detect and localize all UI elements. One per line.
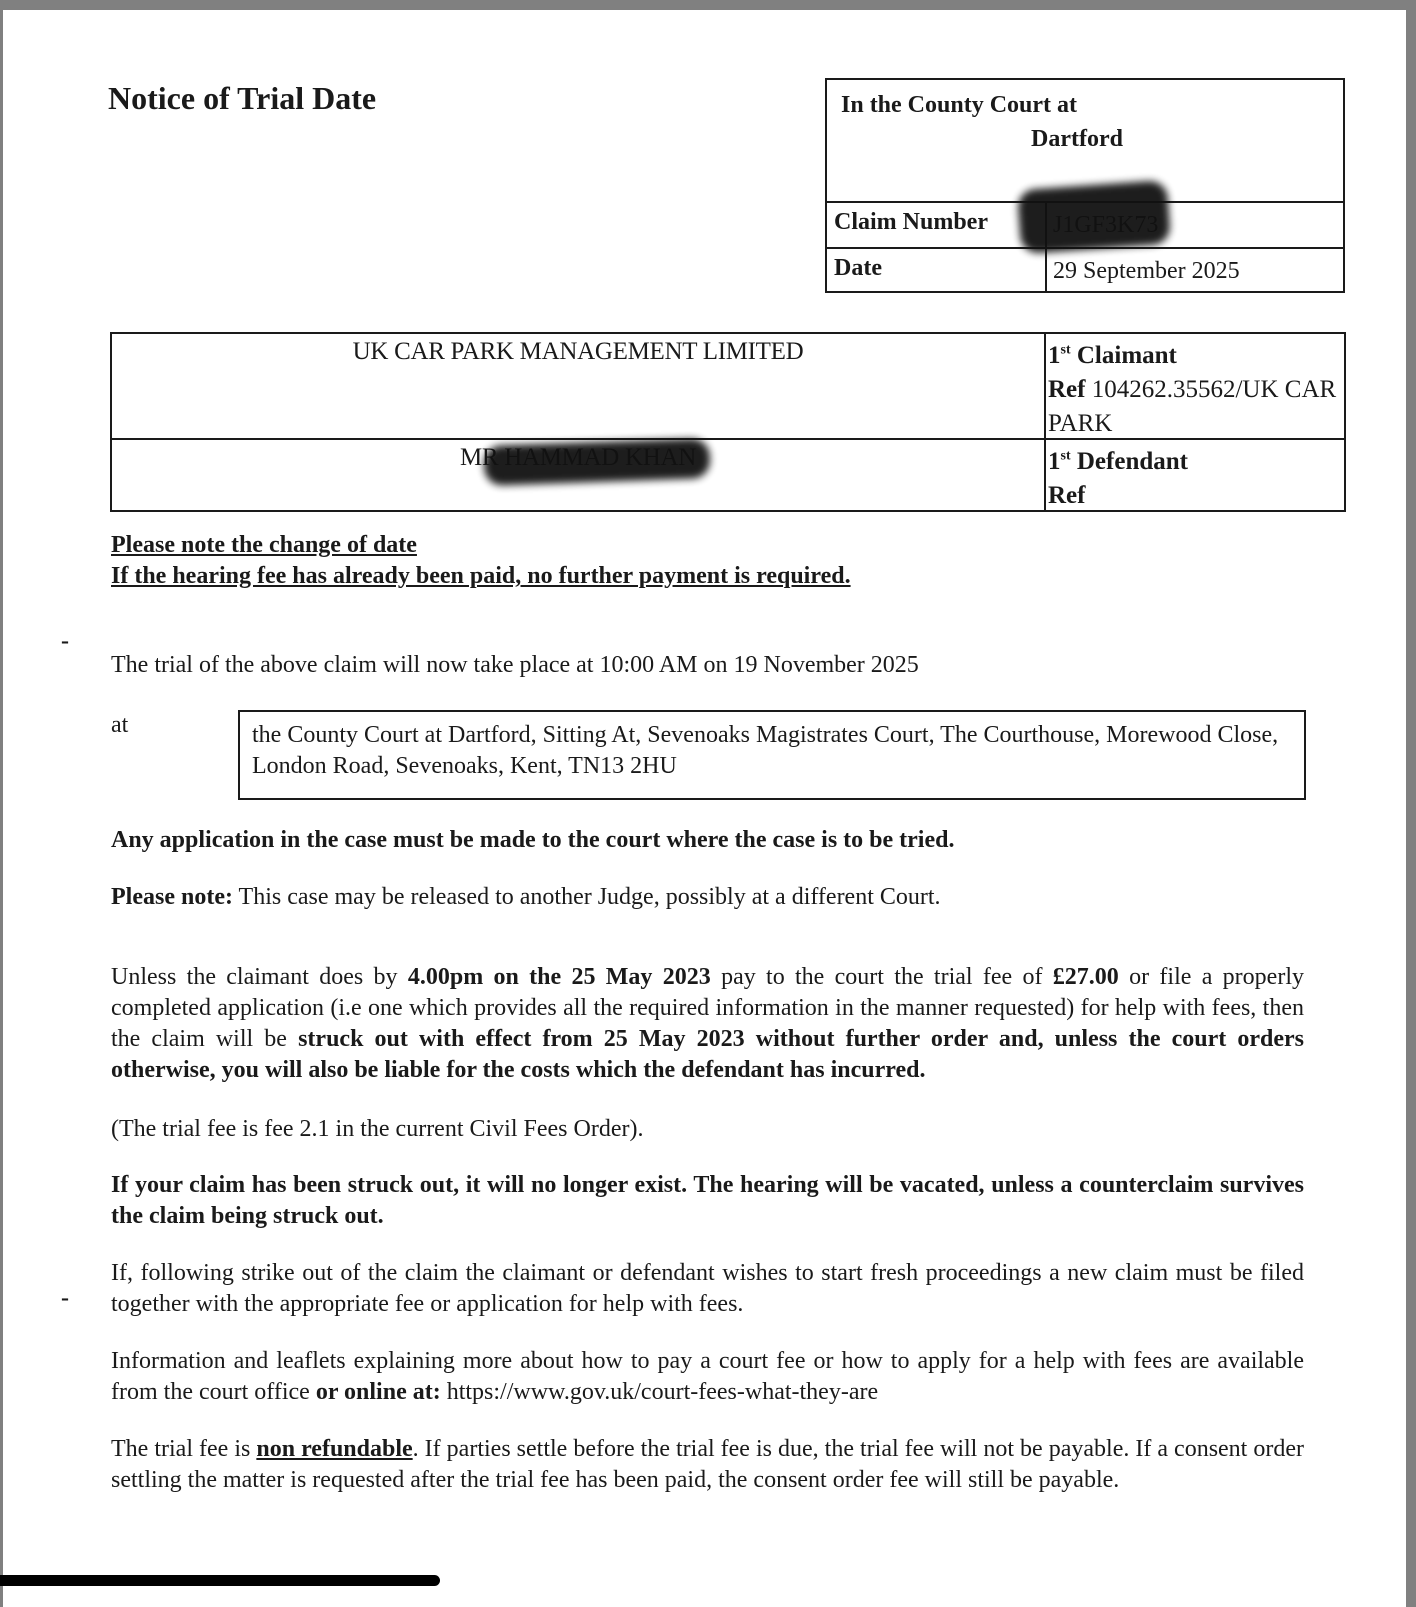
document-title: Notice of Trial Date [108,80,376,117]
defendant-ref-label: Ref [1048,482,1085,509]
at-label: at [111,710,171,741]
claim-number-label: Claim Number [834,209,988,236]
claimant-ordinal-suffix: st [1061,343,1071,358]
defendant-role: 1st Defendant Ref [1044,440,1344,510]
date-label: Date [834,255,882,282]
redaction-mark [483,438,710,486]
date-value: 29 September 2025 [1045,249,1345,293]
please-note-paragraph: Please note: This case may be released t… [111,882,1311,913]
document-page: Notice of Trial Date In the County Court… [3,10,1406,1607]
party-row-defendant: MR HAMMAD KHAN 1st Defendant Ref [112,440,1344,510]
court-info-box: In the County Court at Dartford Claim Nu… [825,78,1345,293]
hearing-fee-notice: If the hearing fee has already been paid… [111,563,851,590]
court-location: Dartford [1031,126,1123,153]
claimant-role-label: Claimant [1077,342,1177,369]
change-of-date-notice: Please note the change of date [111,532,417,559]
parties-table: UK CAR PARK MANAGEMENT LIMITED 1st Claim… [110,332,1346,512]
claimant-ref-value: 104262.35562/UK CAR PARK [1048,376,1336,437]
please-note-label: Please note: [111,884,233,910]
fee-amount: £27.00 [1053,964,1119,990]
defendant-role-label: Defendant [1077,448,1188,475]
application-notice: Any application in the case must be made… [111,825,1311,856]
fee-deadline: 4.00pm on the 25 May 2023 [408,964,711,990]
fees-url: https://www.gov.uk/court-fees-what-they-… [441,1379,878,1405]
info-paragraph: Information and leaflets explaining more… [111,1346,1304,1408]
fee-text: Unless the claimant does by [111,964,408,990]
trial-date-sentence: The trial of the above claim will now ta… [111,650,1311,681]
court-line1: In the County Court at [841,92,1077,119]
please-note-text: This case may be released to another Jud… [233,884,941,910]
horizontal-scrollbar[interactable] [0,1575,440,1586]
online-label: or online at: [316,1379,441,1405]
refund-paragraph: The trial fee is non refundable. If part… [111,1434,1304,1496]
fresh-proceedings-paragraph: If, following strike out of the claim th… [111,1258,1304,1320]
fee-reference: (The trial fee is fee 2.1 in the current… [111,1114,1311,1145]
venue-box: the County Court at Dartford, Sitting At… [238,710,1306,800]
date-row: Date 29 September 2025 [827,249,1343,293]
struck-out-notice: If your claim has been struck out, it wi… [111,1170,1304,1232]
redaction-mark [1017,180,1171,254]
margin-mark: - [61,1285,69,1312]
refund-text: The trial fee is [111,1436,256,1462]
party-row-claimant: UK CAR PARK MANAGEMENT LIMITED 1st Claim… [112,334,1344,440]
non-refundable-label: non refundable [256,1436,412,1462]
claimant-ordinal: 1 [1048,342,1061,369]
claimant-role: 1st Claimant Ref 104262.35562/UK CAR PAR… [1044,334,1344,438]
defendant-ordinal: 1 [1048,448,1061,475]
claimant-ref-label: Ref [1048,376,1085,403]
margin-mark: - [61,628,69,655]
claimant-name: UK CAR PARK MANAGEMENT LIMITED [112,338,1044,366]
defendant-ordinal-suffix: st [1061,449,1071,464]
fee-text: pay to the court the trial fee of [711,964,1053,990]
trial-fee-paragraph: Unless the claimant does by 4.00pm on th… [111,962,1304,1086]
